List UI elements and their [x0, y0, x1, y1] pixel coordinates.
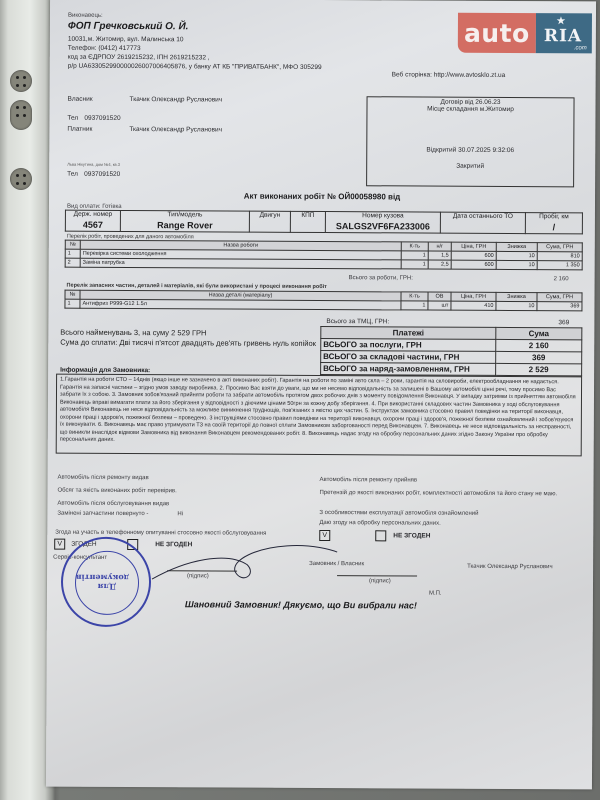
payment-label: ВСЬОГО за послуги, ГРН: [321, 338, 496, 351]
punch-hole: [10, 70, 32, 92]
vehicle-model-cell: Тип/модельRange Rover: [120, 210, 249, 232]
works-cell: 600: [451, 260, 496, 269]
parts-total-value: 369: [558, 319, 569, 326]
executor-address: 10031,м. Житомир, вул. Малинська 10: [68, 36, 184, 44]
punch-hole: [10, 100, 32, 130]
parts-cell: Антифриз P999-G12 1.5л: [80, 299, 401, 310]
parts-col-header: Сума, ГРН: [537, 293, 582, 302]
payment-amount: 369: [496, 351, 582, 363]
release-statement: Автомобіль після обслуговування видав: [57, 501, 169, 508]
last-service-header: Дата останнього ТО: [453, 213, 513, 220]
engine-header: Двигун: [260, 212, 281, 219]
payment-label: ВСЬОГО за наряд-замовленням, ГРН: [321, 362, 496, 375]
closed-status: Закритий: [367, 162, 573, 170]
vehicle-gearbox-cell: КПП: [290, 211, 325, 232]
punch-hole: [10, 168, 32, 190]
website: Веб сторінка: http://www.avtosklo.zt.ua: [392, 71, 506, 79]
payment-label: ВСЬОГО за складові частини, ГРН: [321, 350, 496, 363]
parts-cell: 10: [496, 301, 537, 310]
opened-date: Відкритий 30.07.2025 9:32:06: [367, 146, 573, 154]
left-statements: Автомобіль після ремонту видавОбсяг та я…: [50, 0, 596, 1]
payer-tel-label: Тел: [67, 171, 78, 178]
customer-sign-hint: (підпис): [369, 578, 391, 584]
payments-header: Платежі: [321, 326, 496, 339]
works-cell: 1 350: [537, 261, 582, 270]
works-col-header: Сума, ГРН: [537, 243, 582, 252]
logo-auto: auto: [458, 13, 536, 53]
executor-bank: р/р UA633052990000026007006405876, у бан…: [68, 63, 322, 71]
vehicle-engine-cell: Двигун: [249, 211, 290, 232]
plate-value: 4567: [68, 220, 118, 230]
summary-items: Всього найменувань 3, на суму 2 529 ГРН: [60, 328, 206, 338]
works-col-header: н/г: [428, 242, 451, 251]
executor-label: Виконавець:: [68, 13, 103, 19]
payments-table: Платежі Сума ВСЬОГО за послуги, ГРН2 160…: [320, 326, 582, 376]
parts-col-header: ОВ: [428, 292, 451, 301]
data-consent-disagree-checkbox[interactable]: [375, 530, 386, 541]
works-cell: 1,5: [428, 251, 451, 260]
owner-name: Ткачик Олександр Русланович: [130, 96, 223, 103]
release-statement: Автомобіль після ремонту видав: [58, 475, 149, 481]
works-col-header: Ціна, ГРН: [451, 242, 496, 251]
release-statement: Замінені запчастини повернуто -: [57, 511, 148, 517]
parts-cell: 369: [537, 302, 582, 311]
works-col-header: К-ть: [401, 242, 428, 251]
stamp-text: Для документів: [85, 573, 129, 591]
works-col-header: №: [65, 240, 80, 249]
works-total-value: 2 160: [554, 276, 569, 282]
release-statement: Обсяг та якість виконаних робіт перевіри…: [57, 488, 176, 495]
works-cell: 10: [496, 260, 537, 269]
acceptance-statement: З особливостями експлуатації автомобіля …: [319, 510, 559, 517]
parts-cell: 410: [451, 301, 496, 310]
works-cell: 2,5: [428, 260, 451, 269]
parts-col-header: №: [65, 290, 80, 299]
works-cell: 1: [401, 260, 428, 269]
act-title: Акт виконаних робіт № ОЙ00058980 від: [49, 191, 595, 203]
works-cell: 2: [65, 258, 80, 267]
parts-col-header: Знижка: [496, 292, 537, 301]
logo-ria-text: RIA: [544, 26, 582, 46]
parts-cell: 1: [65, 299, 80, 308]
works-col-header: Знижка: [496, 242, 537, 251]
model-header: Тип/модель: [167, 211, 202, 218]
customer-signature-line: [337, 575, 417, 576]
thank-you-message: Шановний Замовник! Дякуємо, що Ви вибрал…: [185, 599, 417, 610]
payment-amount: 2 529: [496, 363, 582, 375]
works-cell: 810: [537, 252, 582, 261]
seal-label: М.П.: [429, 591, 442, 597]
document-page: Виконавець: ФОП Гречковський О. Й. 10031…: [46, 0, 596, 789]
executor-name: ФОП Гречковський О. Й.: [68, 21, 189, 33]
owner-tel: 0937091520: [84, 115, 120, 122]
parts-col-header: Ціна, ГРН: [451, 292, 496, 301]
acceptance-statement: Автомобіль після ремонту прийняв: [320, 477, 560, 484]
owner-tel-label: Тел: [67, 115, 78, 122]
parts-cell: 1: [401, 301, 428, 310]
mileage-header: Пробіг, км: [539, 213, 569, 220]
data-consent-disagree-label: НЕ ЗГОДЕН: [393, 532, 430, 539]
contract-place: Місце складання м.Житомир: [367, 105, 573, 113]
works-cell: Заміна патрубка: [80, 258, 401, 269]
parts-cell: шт: [428, 301, 451, 310]
vehicle-plate-cell: Держ. номер4567: [65, 210, 120, 231]
vehicle-last-service-cell: Дата останнього ТО: [440, 212, 525, 233]
right-statements: Автомобіль після ремонту прийнявПретензі…: [50, 0, 596, 1]
parts-total-label: Всього за ТМЦ, ГРН:: [326, 318, 389, 325]
works-cell: 1: [401, 251, 428, 260]
parts-row: 1Антифриз P999-G12 1.5л1шт41010369: [65, 299, 582, 311]
contract-box: Договір від 26.06.23 Місце складання м.Ж…: [366, 96, 574, 187]
works-cell: 1: [65, 249, 80, 258]
vehicle-vin-cell: Номер кузоваSALGS2VF6FA233006: [325, 212, 440, 234]
customer-label: Замовник / Власник: [309, 561, 364, 567]
works-row: 2Заміна патрубка12,5600101 350: [65, 258, 582, 270]
acceptance-statement: Претензій до якості виконаних робіт, ком…: [319, 490, 559, 497]
payment-amount: 2 160: [496, 339, 582, 351]
works-total-label: Всього за роботи, ГРН:: [349, 275, 413, 281]
logo-auto-text: auto: [464, 18, 530, 47]
parts-table: №Назва деталі (матеріалу)К-тьОВЦіна, ГРН…: [64, 290, 582, 312]
sum-header: Сума: [496, 327, 582, 339]
vin-value: SALGS2VF6FA233006: [328, 221, 438, 232]
company-stamp: Для документів: [61, 537, 151, 627]
vin-header: Номер кузова: [362, 212, 404, 219]
summary-amount-words: Сума до сплати: Дві тисячі п'ятсот двадц…: [60, 338, 320, 349]
owner-label: Власник: [68, 96, 93, 103]
logo-com-text: .com: [574, 45, 587, 51]
vehicle-table: Держ. номер4567 Тип/модельRange Rover Дв…: [65, 210, 583, 235]
survey-agree-checkbox[interactable]: V: [54, 539, 65, 550]
logo-ria: ★ RIA .com: [536, 13, 592, 53]
works-cell: 10: [496, 251, 537, 260]
payments-row: ВСЬОГО за наряд-замовленням, ГРН2 529: [321, 362, 582, 375]
mileage-value: /: [528, 222, 580, 232]
works-table: №Назва роботиК-тьн/гЦіна, ГРНЗнижкаСума,…: [65, 240, 583, 271]
works-cell: 600: [451, 251, 496, 260]
plate-header: Держ. номер: [74, 211, 113, 218]
payments-row: ВСЬОГО за послуги, ГРН2 160: [321, 338, 582, 351]
acceptance-statement: Даю згоду на обробку персональних даних.: [319, 520, 559, 527]
customer-name: Ткачик Олександр Русланович: [467, 564, 553, 570]
executor-phone: Телефон: (0412) 417773: [68, 45, 141, 52]
payments-row: ВСЬОГО за складові частини, ГРН369: [321, 350, 582, 363]
address-note: Льва Нікутина, дом №4, кв.3: [67, 162, 120, 167]
info-text: 1.Гарантія на роботи СТО – 14днів (якщо …: [56, 374, 582, 457]
payer-tel: 0937091520: [84, 171, 120, 178]
executor-codes: код за ЄДРПОУ 2619215232, ІПН 2619215232…: [68, 54, 210, 62]
model-value: Range Rover: [123, 220, 247, 231]
returned-value: Ні: [177, 511, 183, 517]
payer-label: Платник: [67, 126, 92, 133]
vehicle-mileage-cell: Пробіг, км/: [525, 213, 582, 234]
gearbox-header: КПП: [301, 212, 314, 219]
survey-consent-label: Згода на участь в телефонному опитуванні…: [55, 530, 266, 537]
parts-col-header: К-ть: [401, 292, 428, 301]
payer-name: Ткачик Олександр Русланович: [129, 126, 222, 133]
